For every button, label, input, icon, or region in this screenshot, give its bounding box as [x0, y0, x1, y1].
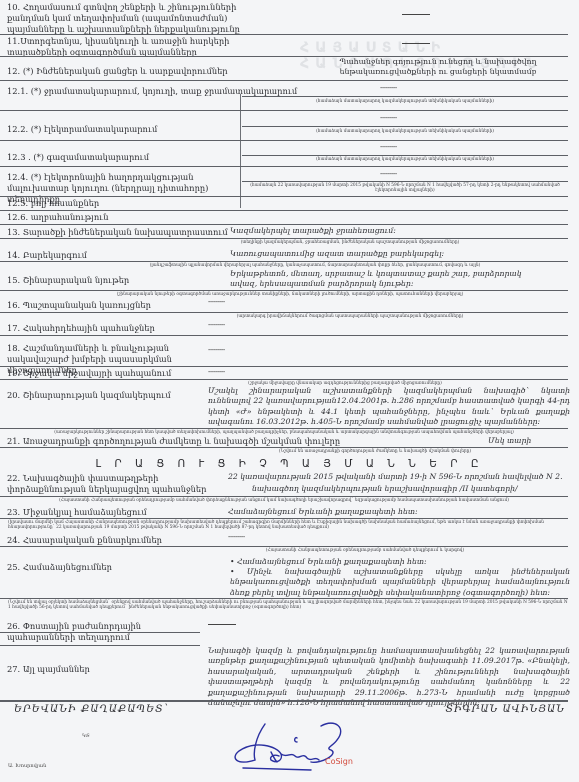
column-divider [240, 94, 241, 208]
row-14-note: (լանդշաֆտային պլանավորման վերաբերյալ պահ… [60, 263, 570, 268]
executor-name: Ա. Խոսրովյան [8, 763, 46, 769]
row-24-note: (Հայաստանի Հանրապետության օրենսդրությամբ… [200, 548, 530, 553]
row-23-label: 23. Միջանկյալ համաձայնեցում [7, 507, 147, 518]
divider [0, 238, 568, 239]
divider [242, 181, 568, 182]
divider [242, 96, 568, 97]
row-25-value-item-2: Մինչև նախագծային աշխատանքները սկսելը առկ… [230, 567, 570, 598]
divider [0, 598, 568, 599]
row-12-2-value: --------- [380, 114, 397, 122]
divider [242, 155, 568, 156]
divider [0, 196, 568, 197]
row-21-label: 21. Առաջադրանքի գործողության ժամկետը և ն… [7, 436, 340, 447]
row-11-label: 11.Ստորգետնյա, կիսանկուղի և առաջին հարկե… [7, 36, 277, 58]
divider [0, 366, 568, 367]
row-25-note: (Նշվում են տվյալ օբյեկտի համաձայնեցման` … [8, 600, 568, 611]
row-19-label: 19. Շրջակա միջավայրի պահպանում [7, 368, 171, 379]
divider [0, 290, 568, 291]
divider [0, 645, 200, 646]
esign-logo: CoSign [325, 757, 353, 766]
row-22-value: 22 կառավարության 2015 թվականի մարտի 19-ի… [228, 472, 563, 482]
row-20-note: (առաջարկություններ շինարարության հետ կապ… [0, 430, 568, 435]
mayor-title: ԵՐԵՎԱՆԻ ՔԱՂԱՔԱՊԵՏ` [14, 704, 169, 715]
document-page: ՀԱՅԱՍՏԱՆԻ ՀԱՆՐԱՊԵՏՈՒԹՅՈՒՆ 10. Հողամասում… [0, 0, 579, 782]
divider [0, 140, 568, 141]
divider [0, 166, 568, 167]
section-title: Լ Ր Ա Ց Ո Ւ Ց Ի Չ Պ Ա Յ Մ Ա Ն Ն Ե Ր Ը [0, 458, 579, 470]
divider [0, 34, 568, 35]
row-26-empty-dash [208, 624, 236, 625]
row-13-label: 13. Տարածքի ինժեներական նախապատրաստում [7, 227, 228, 238]
divider [0, 546, 568, 547]
divider [0, 261, 568, 262]
row-12-4-note: (համաձայն 22 կառավարության 19 մարտի 2015… [246, 183, 564, 194]
row-15-label: 15. Շինարարական նյութեր [7, 275, 129, 286]
row-12-3-value: --------- [380, 143, 397, 151]
divider [242, 126, 568, 127]
divider [0, 632, 200, 633]
row-20-value: Մշակել շինարարական աշխատանքների կազմակեր… [208, 386, 570, 428]
row-22-label: 22. Նախագծային փաստաթղթերի փորձաքննությա… [7, 473, 207, 495]
row-16-note: (արտակարգ իրավիճակներում ծագոցման պատսպա… [150, 314, 550, 319]
row-12-5-label: 12.5. բոլյ hnuանքներ [7, 198, 99, 209]
divider [0, 447, 568, 448]
row-24-value: --------- [228, 533, 245, 541]
row-12-6-label: 12.6. աղբահանություն [7, 212, 109, 223]
row-23-value: Համաձայնեցում Երևանի քաղաքապետի հետ: [228, 507, 418, 517]
divider [0, 428, 568, 429]
row-27-label: 27. Այլ պայմաններ [7, 664, 90, 675]
divider [0, 110, 568, 111]
row-14-value: Կառուցապատումից ազատ տարածքը բարեկարգել: [230, 249, 444, 259]
row-21-value: Մեկ տարի [488, 436, 531, 446]
row-12-1-note: (համաձայն մատակարարող կազմակերպության տե… [242, 99, 568, 104]
row-12-label: 12. (*) Ինժեներական ցանցեր և սարքավորում… [7, 66, 228, 77]
row-10-empty-dash [402, 14, 430, 15]
row-16-value: --------- [208, 298, 225, 306]
row-25-value-item-1: Համաձայնեցում Երևանի քաղաքապետի հետ: [230, 557, 570, 567]
row-22-note: (Հայաստանի Հանրապետության օրենսդրությամբ… [0, 498, 568, 503]
row-24-label: 24. Հասարակական քննարկումներ [7, 535, 162, 546]
row-13-value: Կազմակերպել տարածքի ջրահեռացում: [230, 226, 396, 236]
row-22-value-2: նախագծող կազմակերպության երաշխավորագիր /… [252, 484, 518, 494]
row-18-value: --------- [208, 346, 225, 354]
stamp-label: ԿՏ [82, 733, 90, 739]
signature-image [225, 718, 365, 778]
divider [0, 224, 568, 225]
mayor-name: ՏԻԳՐԱՆ ԱՎԻՆՅԱՆ [445, 704, 565, 715]
row-21-note: (Նշվում են առաջադրանքի գործողության ժամկ… [180, 449, 570, 454]
divider [0, 518, 568, 519]
row-16-label: 16. Պաշտպանական կառույցներ [7, 300, 151, 311]
row-10-label: 10. Հողամասում գտնվող շենքերի և շինությո… [7, 2, 277, 35]
row-12-2-note: (համաձայն մատակարարող կազմակերպության տե… [242, 129, 568, 134]
divider [0, 312, 568, 313]
row-15-value: Երկաթբետոն, մետաղ, սրբատաշ և կոպտատաշ քա… [230, 269, 540, 290]
row-13-note: (տեղինքի կազմակերպման, ջրահեռացման, ինժե… [130, 240, 570, 245]
row-15-note: (շինարարական նյութերի օգտագործման առաջար… [40, 292, 540, 297]
row-12-value: Պահանջներ գոյություն ունեցող և նախագծվող… [328, 57, 548, 77]
row-12-3-label: 12.3 . (*) գազամատակարարում [7, 152, 149, 163]
divider [0, 80, 568, 81]
row-12-4-value: --------- [380, 170, 397, 178]
row-12-2-label: 12.2. (*) էլեկտրամատակարարում [7, 124, 157, 135]
row-25-label: 25. Համաձայնեցումներ [7, 562, 112, 573]
row-17-value: --------- [208, 321, 225, 329]
row-14-label: 14. Բարեկարգում [7, 250, 87, 261]
row-23-note: (իրավասու մարմնի կամ Հայաստանի Հանրապետո… [8, 520, 568, 531]
divider [0, 379, 568, 380]
row-12-3-note: (համաձայն մատակարարող կազմակերպության տե… [242, 157, 568, 162]
divider [0, 210, 568, 211]
row-11-empty-dash [402, 43, 430, 44]
row-20-label: 20. Շինարարության կազմակերպում [7, 390, 171, 401]
row-12-1-value: --------- [380, 84, 397, 92]
divider [0, 700, 568, 702]
divider [0, 496, 568, 497]
row-17-label: 17. Հակահրդեհային պահանջներ [7, 323, 155, 334]
row-19-value: --------- [208, 368, 225, 376]
divider [0, 335, 568, 336]
